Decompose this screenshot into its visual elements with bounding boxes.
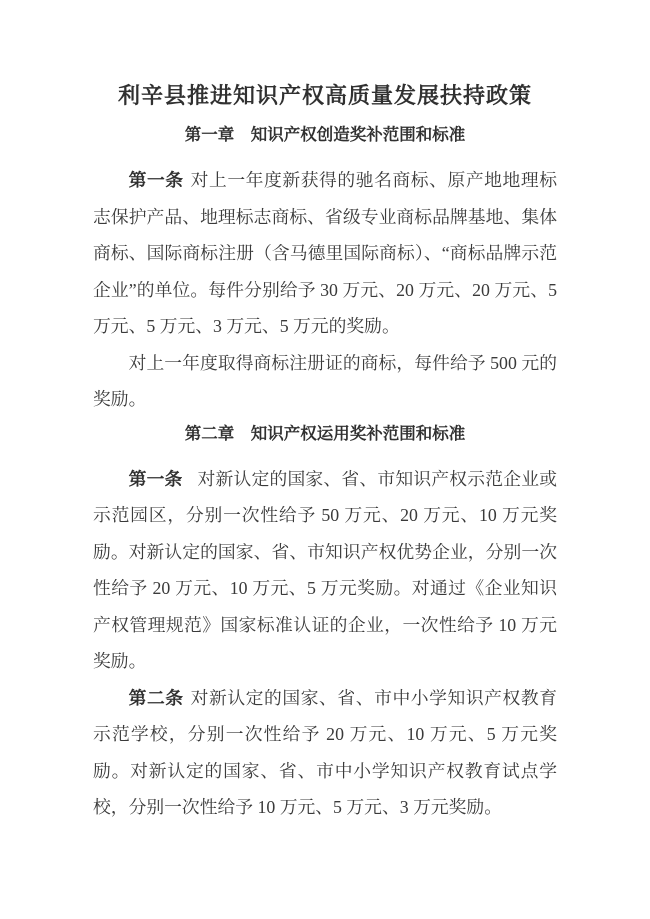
chapter-2-heading: 第二章 知识产权运用奖补范围和标准 [0, 425, 650, 443]
paragraph-text: 对上一年度取得商标注册证的商标，每件给予 500 元的奖励。 [93, 353, 557, 410]
paragraph-text: 对新认定的国家、省、市知识产权示范企业或示范园区，分别一次性给予 50 万元、2… [93, 469, 557, 672]
paragraph-text: 对上一年度新获得的驰名商标、原产地地理标志保护产品、地理标志商标、省级专业商标品… [93, 170, 557, 336]
page-title: 利辛县推进知识产权高质量发展扶持政策 [0, 83, 650, 109]
paragraph-ch2-article1: 第一条对新认定的国家、省、市知识产权示范企业或示范园区，分别一次性给予 50 万… [93, 461, 557, 680]
article-number-label: 第一条 [129, 469, 183, 489]
paragraph-ch1-article1-continued: 对上一年度取得商标注册证的商标，每件给予 500 元的奖励。 [93, 345, 557, 418]
paragraph-ch1-article1: 第一条对上一年度新获得的驰名商标、原产地地理标志保护产品、地理标志商标、省级专业… [93, 162, 557, 345]
chapter-1-heading: 第一章 知识产权创造奖补范围和标准 [0, 126, 650, 144]
article-number-label: 第二条 [129, 688, 184, 708]
paragraph-ch2-article2: 第二条对新认定的国家、省、市中小学知识产权教育示范学校，分别一次性给予 20 万… [93, 680, 557, 826]
document-page: 利辛县推进知识产权高质量发展扶持政策 第一章 知识产权创造奖补范围和标准 第一条… [0, 0, 650, 919]
article-number-label: 第一条 [129, 170, 184, 190]
